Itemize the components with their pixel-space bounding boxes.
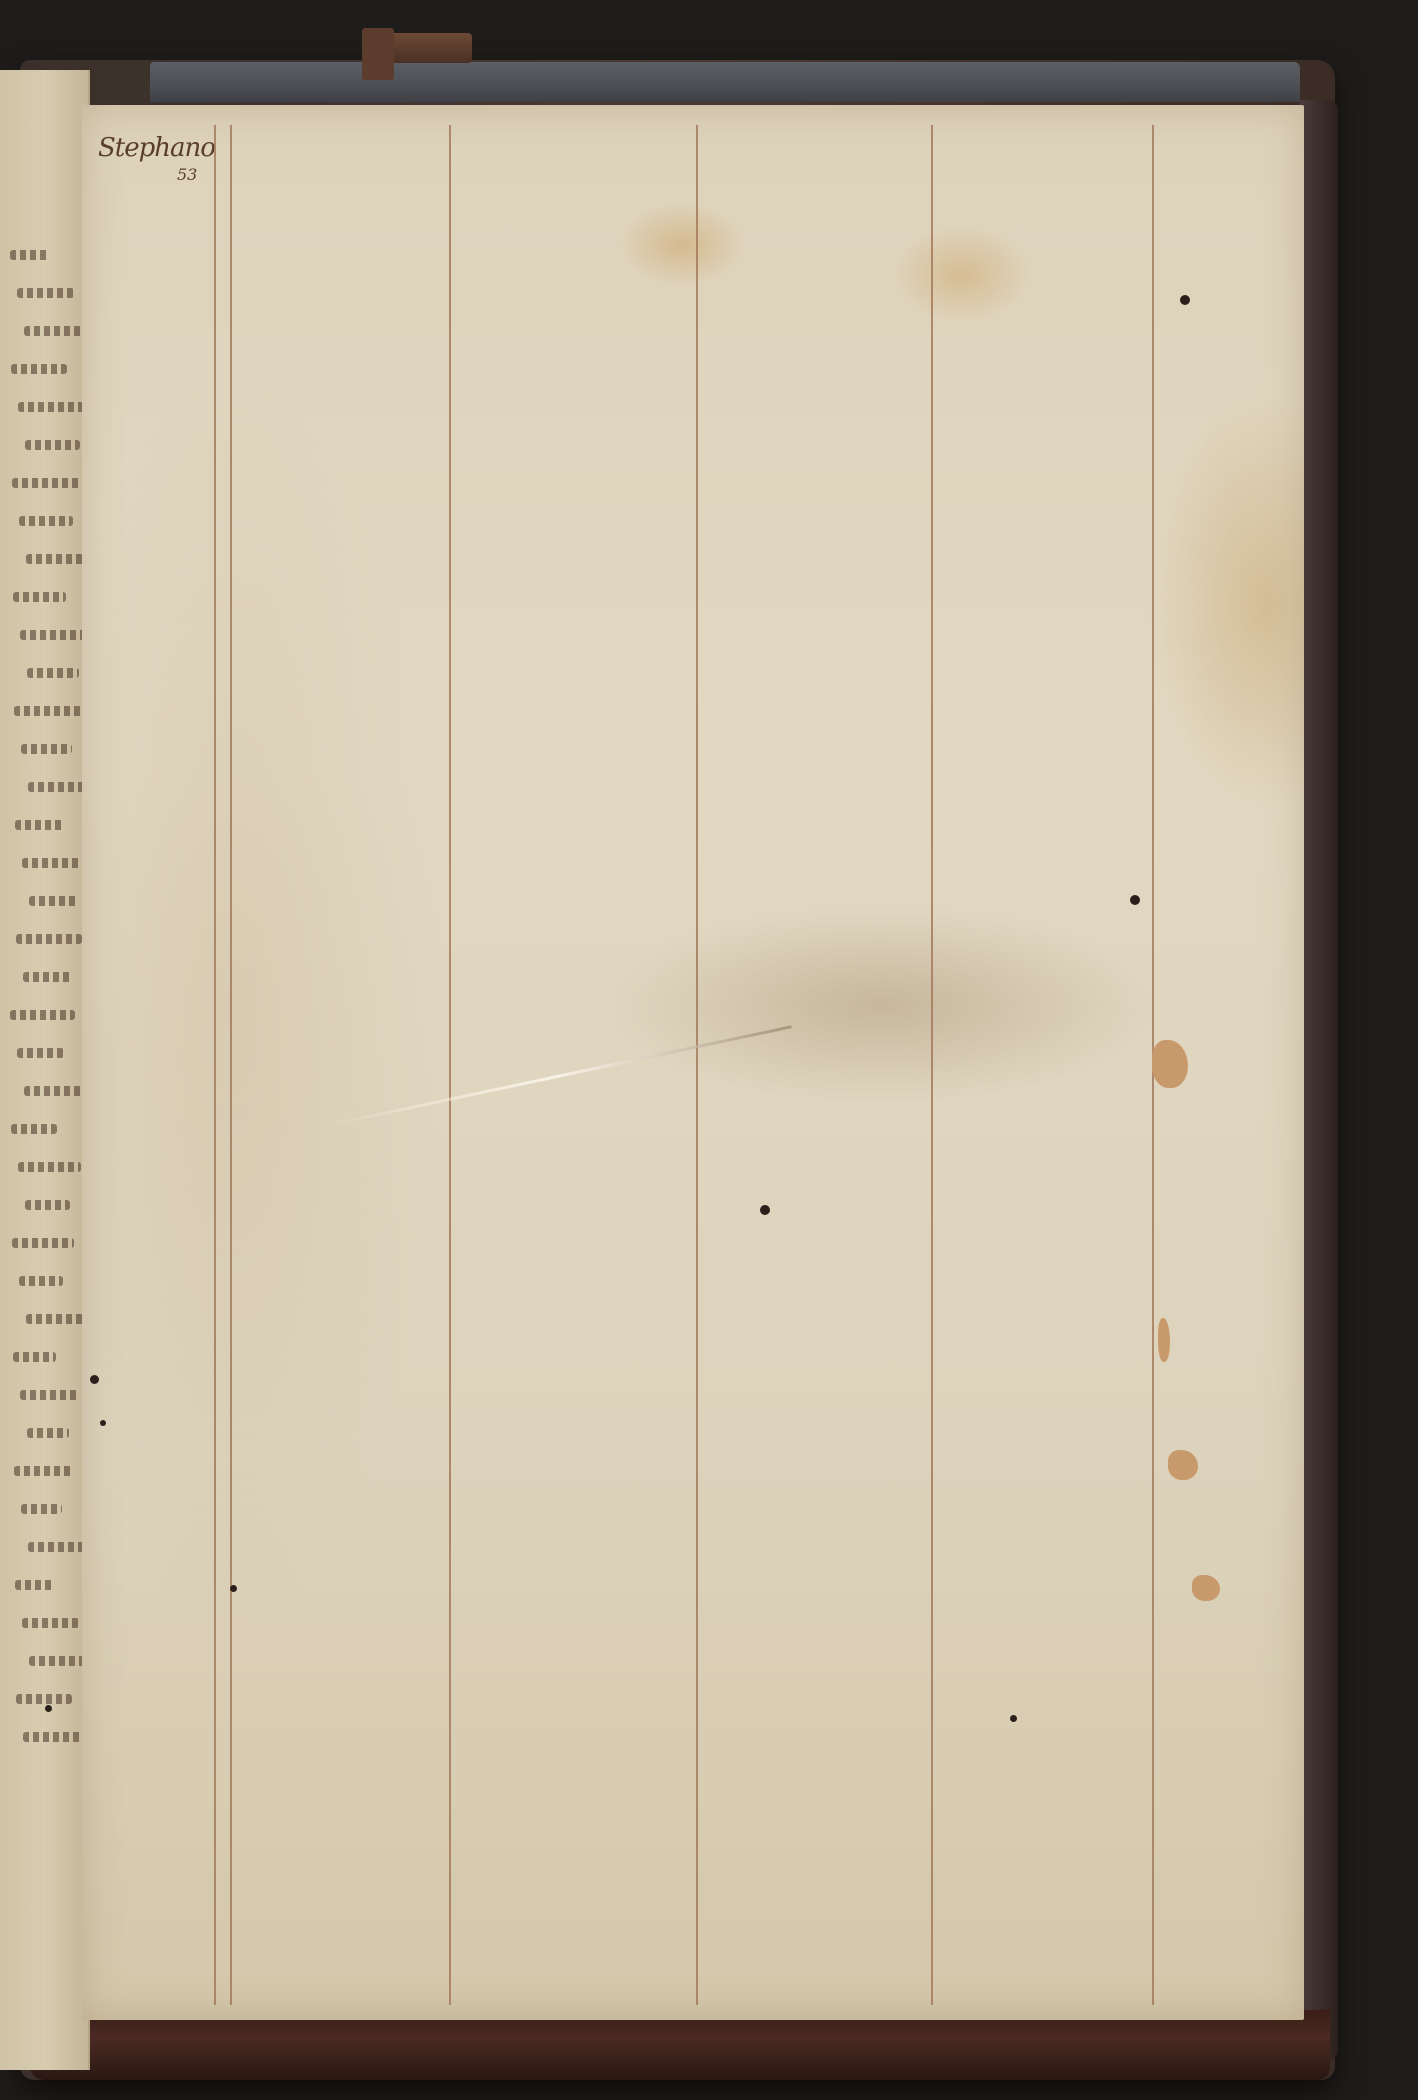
fragment-script-line <box>21 1504 62 1514</box>
fragment-script-line <box>12 1238 74 1248</box>
paper-tear <box>1168 1450 1198 1480</box>
fragment-script-line <box>11 1124 57 1134</box>
fragment-script-line <box>25 440 80 450</box>
bottom-cover-edge <box>30 2010 1330 2080</box>
fragment-script-line <box>22 1618 79 1628</box>
fragment-script-line <box>14 706 83 716</box>
fragment-script-line <box>21 744 72 754</box>
fragment-script-line <box>17 288 74 298</box>
fragment-script-line <box>19 516 73 526</box>
fragment-script-line <box>26 1314 87 1324</box>
ruled-line <box>449 125 451 2005</box>
wormhole <box>100 1420 106 1426</box>
fragment-script-line <box>10 1010 75 1020</box>
fragment-script-line <box>19 1276 63 1286</box>
binding-edge <box>1300 100 1338 2060</box>
wormhole <box>1130 895 1140 905</box>
fragment-script-line <box>20 1390 80 1400</box>
shelfmark-annotation: Stephano <box>98 135 215 161</box>
fragment-script-line <box>16 1694 72 1704</box>
fragment-script-line <box>24 1086 88 1096</box>
wormhole <box>90 1375 99 1384</box>
fragment-script-line <box>22 858 89 868</box>
ruled-line <box>696 125 698 2005</box>
fragment-script-line <box>27 1428 69 1438</box>
wormhole <box>760 1205 770 1215</box>
wormhole <box>45 1705 52 1712</box>
fragment-script-line <box>13 592 66 602</box>
fragment-script-line <box>27 668 79 678</box>
fragment-script-line <box>18 402 91 412</box>
wormhole <box>1010 1715 1017 1722</box>
fragment-script-line <box>29 896 78 906</box>
fragment-script-line <box>18 1162 81 1172</box>
fragment-script-line <box>15 1580 55 1590</box>
ruled-leaf: Stephano 53 <box>82 105 1304 2020</box>
fragment-script-line <box>14 1466 73 1476</box>
wormhole <box>230 1585 237 1592</box>
wormhole <box>1180 295 1190 305</box>
top-board-edge <box>150 62 1300 102</box>
fragment-script-line <box>13 1352 56 1362</box>
fragment-script-line <box>20 630 90 640</box>
fragment-script-line <box>15 820 65 830</box>
fragment-script-line <box>23 972 71 982</box>
fragment-script-line <box>11 364 67 374</box>
fragment-script-line <box>25 1200 70 1210</box>
ruled-line <box>214 125 216 2005</box>
paper-tear <box>1192 1575 1220 1601</box>
ruled-line <box>931 125 933 2005</box>
shelfmark-number: 53 <box>177 165 197 184</box>
paper-tear <box>1158 1318 1170 1362</box>
fragment-script-line <box>28 1542 86 1552</box>
manuscript-fragment-strip <box>0 70 90 2070</box>
paper-crease <box>322 1025 792 1128</box>
ruled-line <box>230 125 232 2005</box>
paper-tear <box>1152 1040 1188 1088</box>
fragment-script-line <box>12 478 84 488</box>
fragment-script-line <box>17 1048 64 1058</box>
clasp-tab-icon <box>362 28 394 80</box>
fragment-script-line <box>16 934 82 944</box>
fragment-script-line <box>10 250 50 260</box>
